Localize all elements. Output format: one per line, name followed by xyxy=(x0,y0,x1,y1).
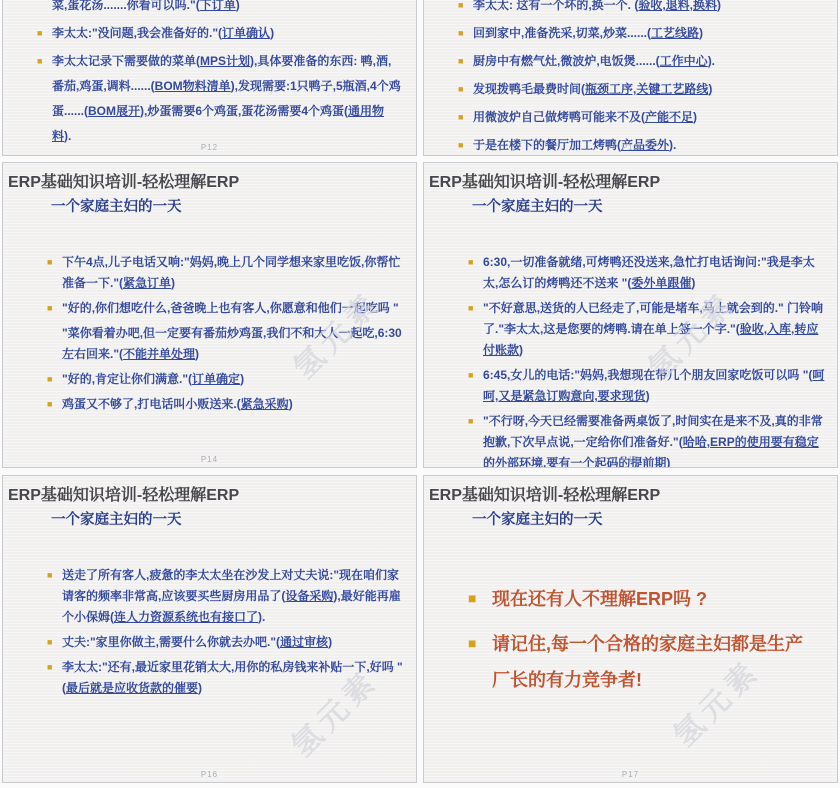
bullet-item: ■6:45,女儿的电话:"妈妈,我想现在带几个朋友回家吃饭可以吗 "(呵呵,又是… xyxy=(468,365,827,407)
bullet-item: ■丈夫:"家里你做主,需要什么你就去办吧."(通过审核) xyxy=(47,632,406,653)
text-segment: 丈夫:"家里你做主,需要什么你就去办吧."( xyxy=(62,635,280,649)
text-segment: 回到家中,准备洗采,切菜,炒菜......( xyxy=(473,26,651,40)
text-segment: ) xyxy=(693,110,697,124)
slides-preview-grid: 菜,蛋花汤.......你看可以吗."(下订单)■李太太:"没问题,我会准备好的… xyxy=(0,0,840,788)
bullet-square-icon: ■ xyxy=(468,303,473,313)
slide-body: ■送走了所有客人,疲惫的李太太坐在沙发上对丈夫说:"现在咱们家请客的频率非常高,… xyxy=(47,565,406,699)
erp-term-link: BOM物料清单 xyxy=(155,79,231,93)
bullet-item: ■厨房中有燃气灶,微波炉,电饭煲......(工作中心). xyxy=(458,49,823,74)
erp-term-link: 通过审核 xyxy=(280,635,328,649)
erp-term-link: 订单确认 xyxy=(222,26,270,40)
slide-thumbnail-p14[interactable]: ERP基础知识培训-轻松理解ERP一个家庭主妇的一天■下午4点,儿子电话又响:"… xyxy=(2,162,417,468)
erp-term-link: 验收,退料,换料 xyxy=(638,0,717,12)
text-segment: ) xyxy=(519,343,523,357)
text-segment: ) xyxy=(236,0,240,12)
slide-thumbnail-p13[interactable]: ■李太太: 这有一个坏的,换一个. (验收,退料,换料)■回到家中,准备洗采,切… xyxy=(423,0,838,156)
text-segment: "好的,肯定让你们满意."( xyxy=(62,372,192,386)
slide-subtitle: 一个家庭主妇的一天 xyxy=(472,508,829,529)
bullet-square-icon: ■ xyxy=(458,112,463,122)
slide-thumbnail-p15[interactable]: ERP基础知识培训-轻松理解ERP一个家庭主妇的一天■6:30,一切准备就绪,可… xyxy=(423,162,838,468)
erp-term-link: 下订单 xyxy=(200,0,236,12)
slide-subtitle: 一个家庭主妇的一天 xyxy=(51,195,408,216)
slide-thumbnail-p17[interactable]: ERP基础知识培训-轻松理解ERP一个家庭主妇的一天■现在还有人不理解ERP吗 … xyxy=(423,475,838,783)
bullet-item: ■现在还有人不理解ERP吗 ? xyxy=(468,581,819,617)
bullet-square-icon: ■ xyxy=(47,637,52,647)
bullet-square-icon: ■ xyxy=(458,56,463,66)
slide-body: 菜,蛋花汤.......你看可以吗."(下订单)■李太太:"没问题,我会准备好的… xyxy=(37,0,402,156)
text-segment: ). xyxy=(64,129,71,143)
text-segment: ) xyxy=(691,276,695,290)
erp-term-link: 设备采购 xyxy=(285,589,333,603)
text-segment: "菜你看着办吧,但一定要有番茄炒鸡蛋,我们不和大人一起吃,6:30左右回来."( xyxy=(62,326,402,361)
text-segment: 李太太:"没问题,我会准备好的."( xyxy=(52,26,222,40)
bullet-square-icon: ■ xyxy=(47,303,52,313)
text-segment: ) xyxy=(646,389,650,403)
text-segment: ) xyxy=(289,397,293,411)
text-segment: 鸡蛋又不够了,打电话叫小贩送来.( xyxy=(62,397,241,411)
text-segment: ) xyxy=(195,347,199,361)
bullet-square-icon: ■ xyxy=(47,374,52,384)
erp-term-link: 产能不足 xyxy=(645,110,693,124)
bullet-square-icon: ■ xyxy=(47,399,52,409)
bullet-square-icon: ■ xyxy=(458,0,463,10)
text-segment: ). xyxy=(258,610,265,624)
bullet-square-icon: ■ xyxy=(37,56,42,66)
bullet-square-icon: ■ xyxy=(468,591,476,606)
erp-term-link: 紧急订单 xyxy=(123,276,171,290)
page-number: P13 xyxy=(424,143,837,152)
page-number: P14 xyxy=(3,455,416,464)
text-segment: ) xyxy=(198,681,202,695)
slide-body: ■6:30,一切准备就绪,可烤鸭还没送来,急忙打电话询问:"我是李太太,怎么订的… xyxy=(468,252,827,468)
text-segment: ) xyxy=(699,26,703,40)
erp-term-link: 连人力资源系统也有接口了 xyxy=(114,610,258,624)
erp-term-link: 工作中心 xyxy=(660,54,708,68)
slide-body: ■李太太: 这有一个坏的,换一个. (验收,退料,换料)■回到家中,准备洗采,切… xyxy=(458,0,823,156)
bullet-square-icon: ■ xyxy=(458,28,463,38)
text-segment: ) xyxy=(717,0,721,12)
erp-term-link: MPS计划 xyxy=(200,54,250,68)
text-segment: 下午4点,儿子电话又响:"妈妈,晚上几个同学想来家里吃饭,你帮忙准备一下."( xyxy=(62,255,400,290)
bullet-square-icon: ■ xyxy=(47,662,52,672)
bullet-square-icon: ■ xyxy=(458,84,463,94)
erp-term-link: 委外单跟催 xyxy=(631,276,691,290)
text-segment: ) xyxy=(270,26,274,40)
text-segment: 6:45,女儿的电话:"妈妈,我想现在带几个朋友回家吃饭可以吗 "( xyxy=(483,368,812,382)
text-line: "菜你看着办吧,但一定要有番茄炒鸡蛋,我们不和大人一起吃,6:30左右回来."(… xyxy=(47,323,406,365)
bullet-item: ■打开冰箱一看(库房),只剩下2个鸡蛋(缺料). xyxy=(37,152,402,156)
text-segment: "好的,你们想吃什么,爸爸晚上也有客人,你愿意和他们一起吃吗 " xyxy=(62,301,399,315)
text-segment: ) xyxy=(708,82,712,96)
erp-term-link: 订单确定 xyxy=(192,372,240,386)
page-number: P16 xyxy=(3,770,416,779)
erp-term-link: BOM展开 xyxy=(88,104,140,118)
text-segment: 用微波炉自己做烤鸭可能来不及( xyxy=(473,110,645,124)
slide-body: ■下午4点,儿子电话又响:"妈妈,晚上几个同学想来家里吃饭,你帮忙准备一下."(… xyxy=(47,252,406,415)
bullet-square-icon: ■ xyxy=(47,257,52,267)
text-segment: ) xyxy=(240,372,244,386)
page-number: P15 xyxy=(424,455,837,464)
slide-title: ERP基础知识培训-轻松理解ERP xyxy=(429,169,829,192)
text-segment: 现在还有人不理解ERP吗 ? xyxy=(492,589,707,609)
text-segment: 李太太记录下需要做的菜单( xyxy=(52,54,200,68)
slide-title: ERP基础知识培训-轻松理解ERP xyxy=(8,482,408,505)
slide-body: ■现在还有人不理解ERP吗 ?■请记住,每一个合格的家庭主妇都是生产厂长的有力竞… xyxy=(468,581,819,698)
erp-term-link: 紧急采购 xyxy=(241,397,289,411)
bullet-square-icon: ■ xyxy=(47,570,52,580)
bullet-item: ■李太太:"还有,最近家里花销太大,用你的私房钱来补贴一下,好吗 "(最后就是应… xyxy=(47,657,406,699)
bullet-square-icon: ■ xyxy=(37,28,42,38)
bullet-square-icon: ■ xyxy=(468,416,473,426)
slide-subtitle: 一个家庭主妇的一天 xyxy=(472,195,829,216)
bullet-item: ■下午4点,儿子电话又响:"妈妈,晚上几个同学想来家里吃饭,你帮忙准备一下."(… xyxy=(47,252,406,294)
text-line: 菜,蛋花汤.......你看可以吗."(下订单) xyxy=(37,0,402,18)
bullet-item: ■用微波炉自己做烤鸭可能来不及(产能不足) xyxy=(458,105,823,130)
text-segment: 厨房中有燃气灶,微波炉,电饭煲......( xyxy=(473,54,660,68)
bullet-item: ■请记住,每一个合格的家庭主妇都是生产厂长的有力竞争者! xyxy=(468,626,819,698)
slide-subtitle: 一个家庭主妇的一天 xyxy=(51,508,408,529)
bullet-item: ■"好的,肯定让你们满意."(订单确定) xyxy=(47,369,406,390)
erp-term-link: 最后就是应收货款的催要 xyxy=(66,681,198,695)
slide-title: ERP基础知识培训-轻松理解ERP xyxy=(8,169,408,192)
text-segment: ) xyxy=(328,635,332,649)
text-segment: 请记住,每一个合格的家庭主妇都是生产厂长的有力竞争者! xyxy=(492,634,803,690)
erp-term-link: 工艺线路 xyxy=(651,26,699,40)
bullet-square-icon: ■ xyxy=(468,370,473,380)
bullet-item: ■李太太:"没问题,我会准备好的."(订单确认) xyxy=(37,21,402,46)
bullet-item: ■鸡蛋又不够了,打电话叫小贩送来.(紧急采购) xyxy=(47,394,406,415)
slide-thumbnail-p12[interactable]: 菜,蛋花汤.......你看可以吗."(下订单)■李太太:"没问题,我会准备好的… xyxy=(2,0,417,156)
text-segment: 菜,蛋花汤.......你看可以吗."( xyxy=(52,0,200,12)
bullet-item: ■送走了所有客人,疲惫的李太太坐在沙发上对丈夫说:"现在咱们家请客的频率非常高,… xyxy=(47,565,406,628)
bullet-item: ■发现拨鸭毛最费时间(瓶颈工序,关键工艺路线) xyxy=(458,77,823,102)
bullet-square-icon: ■ xyxy=(468,636,476,651)
text-segment: ). xyxy=(708,54,715,68)
slide-title: ERP基础知识培训-轻松理解ERP xyxy=(429,482,829,505)
bullet-item: ■李太太记录下需要做的菜单(MPS计划),具体要准备的东西: 鸭,酒,番茄,鸡蛋… xyxy=(37,49,402,149)
bullet-square-icon: ■ xyxy=(468,257,473,267)
text-segment: 李太太: 这有一个坏的,换一个. ( xyxy=(473,0,638,12)
erp-term-link: 不能并单处理 xyxy=(123,347,195,361)
bullet-item: ■回到家中,准备洗采,切菜,炒菜......(工艺线路) xyxy=(458,21,823,46)
page-number: P12 xyxy=(3,143,416,152)
bullet-item: ■"好的,你们想吃什么,爸爸晚上也有客人,你愿意和他们一起吃吗 " xyxy=(47,298,406,319)
bullet-item: ■"不好意思,送货的人已经走了,可能是堵车,马上就会到的." 门铃响了."李太太… xyxy=(468,298,827,361)
text-segment: ) xyxy=(171,276,175,290)
page-number: P17 xyxy=(424,770,837,779)
bullet-item: ■6:30,一切准备就绪,可烤鸭还没送来,急忙打电话询问:"我是李太太,怎么订的… xyxy=(468,252,827,294)
slide-thumbnail-p16[interactable]: ERP基础知识培训-轻松理解ERP一个家庭主妇的一天■送走了所有客人,疲惫的李太… xyxy=(2,475,417,783)
bullet-item: ■李太太: 这有一个坏的,换一个. (验收,退料,换料) xyxy=(458,0,823,18)
erp-term-link: 瓶颈工序,关键工艺路线 xyxy=(585,82,708,96)
text-segment: ),炒蛋需要6个鸡蛋,蛋花汤需要4个鸡蛋( xyxy=(140,104,348,118)
text-segment: 发现拨鸭毛最费时间( xyxy=(473,82,585,96)
